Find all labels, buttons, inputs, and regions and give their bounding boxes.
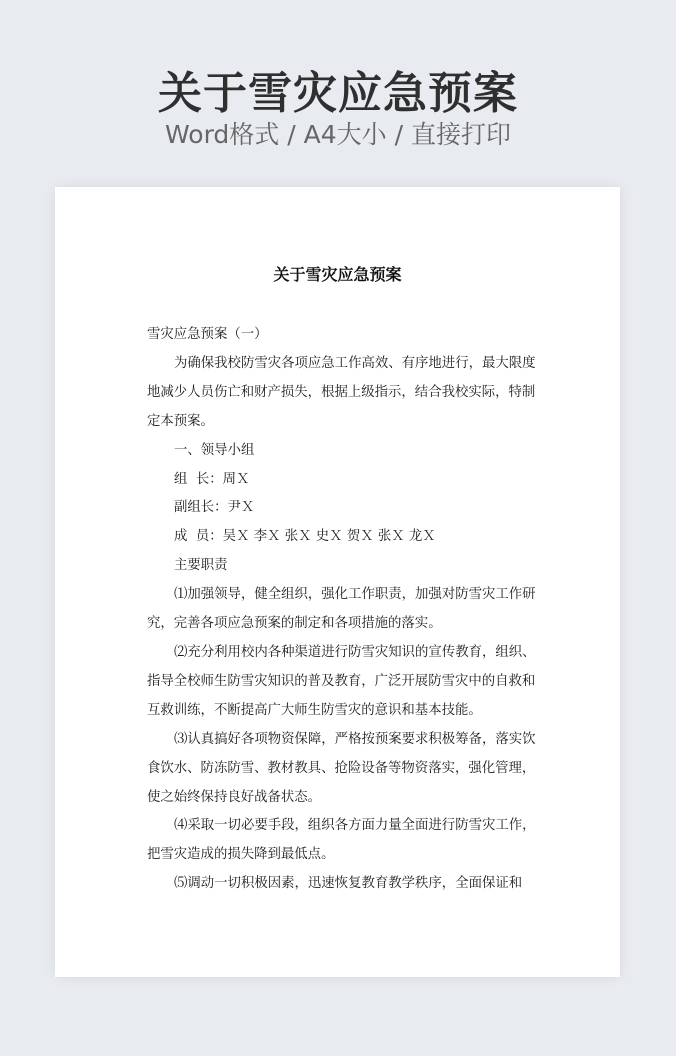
document-body: 雪灾应急预案（一） 为确保我校防雪灾各项应急工作高效、有序地进行，最大限度地减少… (147, 321, 537, 899)
document-page: 关于雪灾应急预案 雪灾应急预案（一） 为确保我校防雪灾各项应急工作高效、有序地进… (55, 187, 620, 977)
hero-subtitle: Word格式 / A4大小 / 直接打印 (0, 118, 676, 152)
group-heading: 一、领导小组 (147, 437, 537, 466)
duty-paragraph: ⑶认真搞好各项物资保障，严格按预案要求积极筹备，落实饮食饮水、防冻防雪、教材教具… (147, 726, 537, 813)
duty-paragraph: ⑸调动一切积极因素，迅速恢复教育教学秩序，全面保证和 (147, 870, 537, 899)
intro-paragraph: 为确保我校防雪灾各项应急工作高效、有序地进行，最大限度地减少人员伤亡和财产损失，… (147, 350, 537, 437)
document-title: 关于雪灾应急预案 (55, 263, 620, 287)
deputy-line: 副组长：尹Ｘ (147, 494, 537, 523)
hero-title: 关于雪灾应急预案 (0, 66, 676, 122)
duty-paragraph: ⑴加强领导，健全组织，强化工作职责，加强对防雪灾工作研究，完善各项应急预案的制定… (147, 581, 537, 639)
duty-paragraph: ⑷采取一切必要手段，组织各方面力量全面进行防雪灾工作，把雪灾造成的损失降到最低点… (147, 812, 537, 870)
section-heading: 雪灾应急预案（一） (147, 321, 537, 350)
duty-paragraph: ⑵充分利用校内各种渠道进行防雪灾知识的宣传教育，组织、指导全校师生防雪灾知识的普… (147, 639, 537, 726)
members-line: 成 员：吴Ｘ 李Ｘ 张Ｘ 史Ｘ 贺Ｘ 张Ｘ 龙Ｘ (147, 523, 537, 552)
duties-heading: 主要职责 (147, 552, 537, 581)
leader-line: 组 长：周Ｘ (147, 466, 537, 495)
